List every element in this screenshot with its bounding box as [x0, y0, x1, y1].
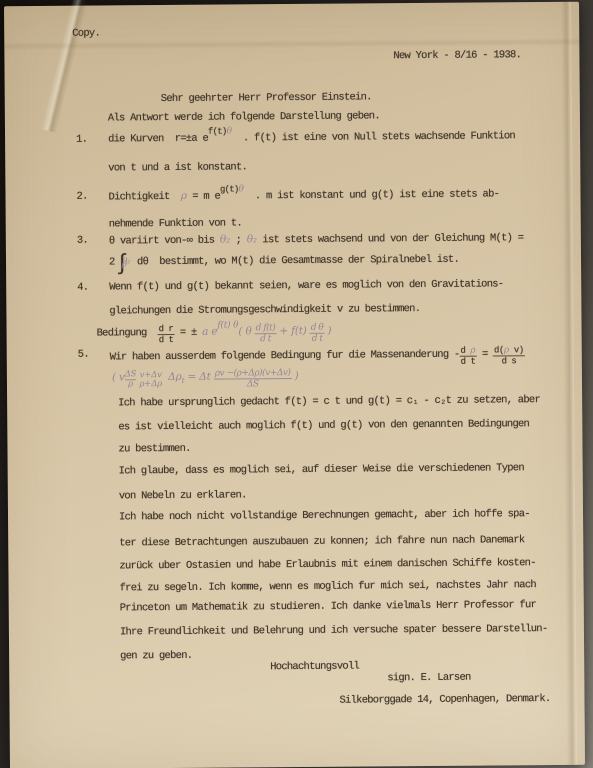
address: Silkeborggade 14, Copenhagen, Denmark. [339, 693, 550, 708]
item2-post: . m ist konstant und g(t) ist eine stets… [244, 188, 499, 202]
intro-line: Als Antwort werde ich folgende Darstellu… [108, 110, 380, 125]
item4-line2: gleichungen die Stromungsgeschwindigkeit… [109, 303, 420, 318]
item2-number: 2. [76, 191, 87, 204]
item2-exponent: g(t)θ [220, 184, 244, 194]
bedingung-hw-exponent: f(t) θ [217, 320, 238, 330]
para1-line2: es ist vielleicht auch moglich f(t) und … [118, 418, 529, 434]
item1-formula-pre: die Kurven r= [108, 133, 186, 146]
bedingung-equals-pm: = ± [174, 327, 202, 339]
item3-theta2b-handwritten: θ₂ [247, 233, 257, 245]
para3-line3: zurück uber Ostasien und habe Erlaubnis … [119, 557, 535, 573]
hw-ds-rho-stack: ΔSρ [125, 370, 137, 389]
item2-line1: Dichtigkeit ρ = m eg(t)θ . m ist konstan… [108, 187, 499, 204]
hw-flux-fraction: ρv −(ρ+Δρ)(v+Δv)ΔS [214, 368, 292, 390]
signature: sign. E. Larsen [387, 672, 470, 686]
item5-text: Wir haben ausserdem folgende Bedingung f… [110, 349, 454, 364]
item1-exponent-theta-handwritten: θ [227, 126, 232, 136]
hw-flux-numerator: ρv −(ρ+Δρ)(v+Δv) [214, 368, 292, 380]
para1-line1: Ich habe ursprunglich gedacht f(t) = c t… [118, 394, 540, 410]
item1-line2: von t und a ist konstant. [108, 161, 247, 175]
item2-exponent-typed: g(t) [220, 184, 239, 194]
item3-l1-post: ist stets wachsend und von der Gleichung… [257, 232, 524, 246]
letter-paper: Copy. New York - 8/16 - 1938. Sehr geehr… [4, 2, 585, 768]
item5-number: 5. [78, 349, 89, 362]
bedingung-label: Bedingung [97, 327, 158, 339]
para3-line7: gen zu geben. [120, 650, 192, 664]
integral-dtheta: dθ [137, 256, 148, 268]
item3-l2-post: bestimmt, wo M(t) die Gesamtmasse der Sp… [148, 254, 459, 268]
item1-line1: die Kurven r=±a ef(t)θ . f(t) ist eine v… [108, 130, 515, 146]
item4-number: 4. [77, 282, 88, 295]
item3-line2: 2∫θ₂ρdθ bestimmt, wo M(t) die Gesamtmass… [109, 253, 459, 274]
dateline: New York - 8/16 - 1938. [393, 49, 521, 63]
para1-line3: zu bestimmen. [118, 443, 190, 457]
para2-line1: Ich glaube, dass es moglich sei, auf die… [119, 462, 524, 478]
item3-l1-mid: ; [230, 234, 247, 246]
para2-line2: von Nebeln zu erklaren. [119, 489, 247, 503]
drho-dt-numerator: d ρ [459, 346, 476, 357]
bedingung-hw-plus: + f(t) [276, 325, 310, 337]
dthetadt-numerator: d θ [310, 323, 325, 334]
paper-crease-right [561, 2, 577, 765]
drdt-denominator: d t [158, 335, 175, 345]
hw-eq-lhs: Δρ [162, 371, 182, 383]
para3-line5: Princeton um Mathematik zu studieren. Ic… [120, 599, 536, 615]
integral-rho-handwritten: ρ [122, 255, 127, 273]
paper-crease-topleft [41, 0, 88, 133]
item2-mid: = m e [187, 191, 220, 203]
salutation: Sehr geehrter Herr Professor Einstein. [161, 91, 372, 106]
item5-handwritten-note: ( vΔSρ v+Δvρ+Δρ Δρt = Δt ρv −(ρ+Δρ)(v+Δv… [112, 368, 299, 390]
hw-eq-mid: = Δt [184, 371, 214, 383]
dthetadt-fraction-handwritten: d θd t [310, 323, 325, 344]
para3-line2: ter diese Betrachtungen auszubauen zu ko… [119, 534, 524, 550]
closing: Hochachtungsvoll [270, 661, 359, 675]
para3-line4: frei zu segeln. Ich komme, wenn es mogli… [120, 579, 536, 595]
drho-dt-denominator: d t [460, 357, 477, 367]
item3-line1: θ variirt von-∞ bis θ₂ ; θ₂ ist stets wa… [109, 231, 524, 248]
item2-line2: nehmende Funktion von t. [109, 217, 242, 231]
item2-pre: Dichtigkeit [108, 191, 180, 204]
drhov-ds-fraction: d(ρ v)d s [493, 345, 525, 366]
item1-exponent: f(t)θ [208, 126, 232, 136]
item4-line1: Wenn f(t) und g(t) bekannt seien, ware e… [109, 278, 503, 294]
para3-line1: Ich habe noch nicht vollstandige Berechn… [119, 508, 530, 524]
item3-l1-pre: θ variirt von-∞ bis [109, 235, 220, 248]
drdt-numerator: d r [158, 324, 175, 335]
item3-number: 3. [77, 235, 88, 248]
drho-dt-fraction: d ρd t [459, 346, 476, 367]
bedingung-hw-close-paren: ) [324, 325, 331, 337]
dfdt-fraction-handwritten: d f(t)d t [255, 323, 277, 344]
copy-label: Copy. [72, 28, 100, 41]
drho-d-typed: d [460, 346, 470, 356]
bedingung-hw-base: a e [202, 326, 217, 338]
item2-exponent-theta-handwritten: θ [238, 184, 243, 194]
drhov-ds-denominator: d s [493, 356, 525, 366]
drho-rho-handwritten: ρ [470, 346, 475, 356]
integral-coefficient: 2 [109, 256, 115, 268]
hw-vdv-stack: v+Δvρ+Δρ [139, 371, 162, 389]
integral-sign: ∫θ₂ρ [116, 255, 129, 273]
dfdt-numerator: d f(t) [255, 323, 277, 334]
drhov-ds-numerator: d(ρ v) [493, 345, 525, 356]
mass-eq-equals: = [476, 348, 493, 360]
item1-number: 1. [76, 134, 87, 147]
drhov-pre-typed: d( [494, 345, 504, 355]
hw-rho: ρ [125, 380, 137, 389]
drhov-post-typed: v) [509, 345, 524, 355]
item1-exponent-typed: f(t) [208, 127, 227, 137]
hw-rho-plus-drho: ρ+Δρ [139, 380, 162, 389]
bedingung-hw-open-paren: ( θ [238, 325, 254, 337]
photo-backdrop: { "colors": { "paper": "#d8c7a8", "ink":… [0, 0, 593, 768]
hw-flux-denominator: ΔS [214, 379, 292, 390]
item1-formula-post: . f(t) ist eine von Null stets wachsende… [232, 130, 515, 144]
item1-formula-base: a e [191, 133, 208, 145]
item3-theta2-handwritten: θ₂ [220, 234, 230, 246]
dthetadt-denominator: d t [310, 334, 325, 344]
dfdt-denominator: d t [255, 334, 277, 344]
drdt-fraction: d rd t [158, 324, 175, 345]
item5-line1: Wir haben ausserdem folgende Bedingung f… [110, 345, 525, 369]
hw-close-paren: ) [291, 370, 298, 382]
item4-bedingung-line: Bedingung d rd t = ± a ef(t) θ( θ d f(t)… [97, 323, 332, 346]
para3-line6: Ihre Freundlichkeit und Belehrung und ic… [120, 623, 548, 639]
